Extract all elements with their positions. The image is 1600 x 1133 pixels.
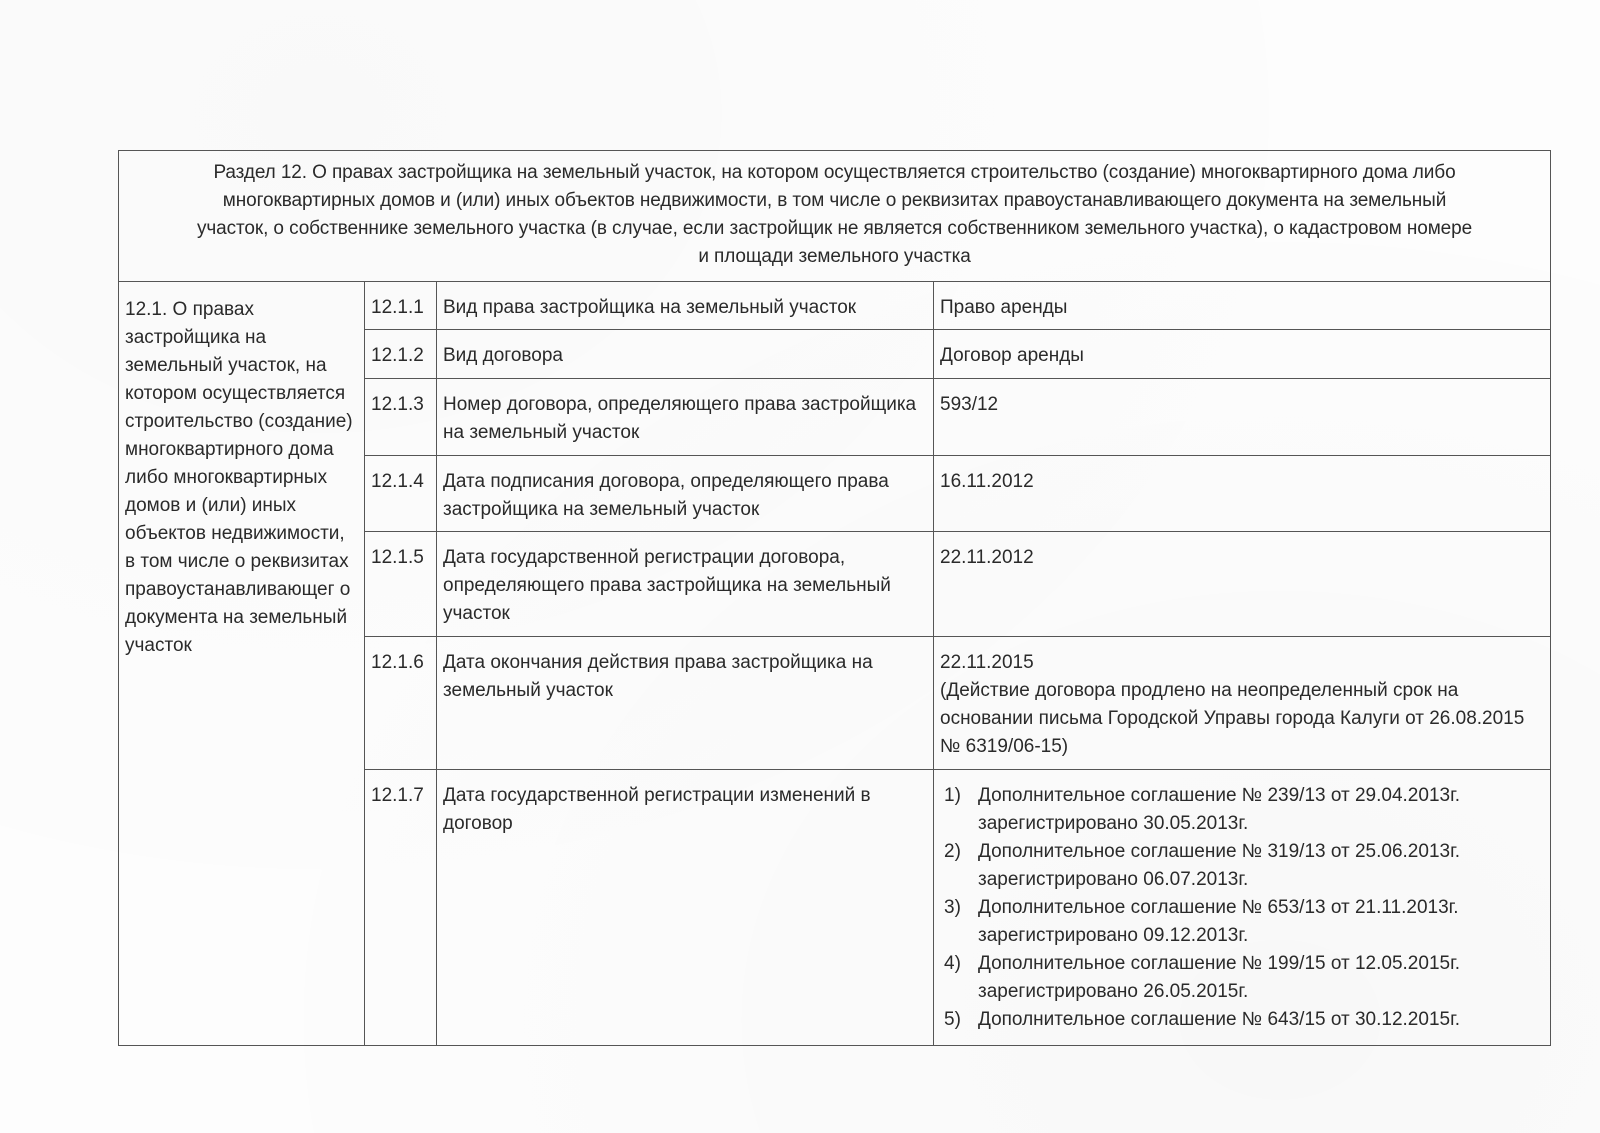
row-number: 12.1.4 [365,456,437,532]
row-number: 12.1.6 [365,637,437,770]
list-item-text: Дополнительное соглашение № 319/13 от 25… [978,838,1544,894]
list-item-number: 1) [940,782,978,838]
list-item: 5) Дополнительное соглашение № 643/15 от… [940,1006,1544,1034]
section-title-line: многоквартирных домов и (или) иных объек… [125,187,1544,215]
row-label: Дата государственной регистрации изменен… [437,770,934,1046]
subsection-label: 12.1. О правах застройщика на земельный … [119,282,365,1046]
section-title-line: участок, о собственнике земельного участ… [125,215,1544,243]
list-item: 3) Дополнительное соглашение № 653/13 от… [940,894,1544,950]
row-label: Дата подписания договора, определяющего … [437,456,934,532]
row-value: 593/12 [934,379,1551,456]
row-number: 12.1.1 [365,282,437,330]
list-item-text: Дополнительное соглашение № 643/15 от 30… [978,1006,1544,1034]
row-number: 12.1.5 [365,532,437,637]
row-label: Дата государственной регистрации договор… [437,532,934,637]
row-number: 12.1.3 [365,379,437,456]
extension-note: (Действие договора продлено на неопредел… [940,677,1544,761]
section-title-line: Раздел 12. О правах застройщика на земел… [125,159,1544,187]
list-item-text: Дополнительное соглашение № 239/13 от 29… [978,782,1544,838]
row-value: Право аренды [934,282,1551,330]
list-item-number: 2) [940,838,978,894]
row-number: 12.1.2 [365,330,437,379]
list-item: 1) Дополнительное соглашение № 239/13 от… [940,782,1544,838]
amendments-list: 1) Дополнительное соглашение № 239/13 от… [940,782,1544,1034]
row-value: Договор аренды [934,330,1551,379]
list-item: 4) Дополнительное соглашение № 199/15 от… [940,950,1544,1006]
table-row: 12.1. О правах застройщика на земельный … [119,282,1551,330]
end-date: 22.11.2015 [940,649,1544,677]
row-number: 12.1.7 [365,770,437,1046]
section-title-line: и площади земельного участка [125,243,1544,271]
row-value: 22.11.2015 (Действие договора продлено н… [934,637,1551,770]
row-value: 16.11.2012 [934,456,1551,532]
row-label: Номер договора, определяющего права заст… [437,379,934,456]
section-title: Раздел 12. О правах застройщика на земел… [119,151,1551,282]
list-item: 2) Дополнительное соглашение № 319/13 от… [940,838,1544,894]
row-value: 22.11.2012 [934,532,1551,637]
list-item-number: 5) [940,1006,978,1034]
list-item-text: Дополнительное соглашение № 653/13 от 21… [978,894,1544,950]
row-label: Вид договора [437,330,934,379]
list-item-number: 3) [940,894,978,950]
row-value: 1) Дополнительное соглашение № 239/13 от… [934,770,1551,1046]
list-item-text: Дополнительное соглашение № 199/15 от 12… [978,950,1544,1006]
row-label: Вид права застройщика на земельный участ… [437,282,934,330]
row-label: Дата окончания действия права застройщик… [437,637,934,770]
list-item-number: 4) [940,950,978,1006]
section-12-table: Раздел 12. О правах застройщика на земел… [118,150,1551,1046]
